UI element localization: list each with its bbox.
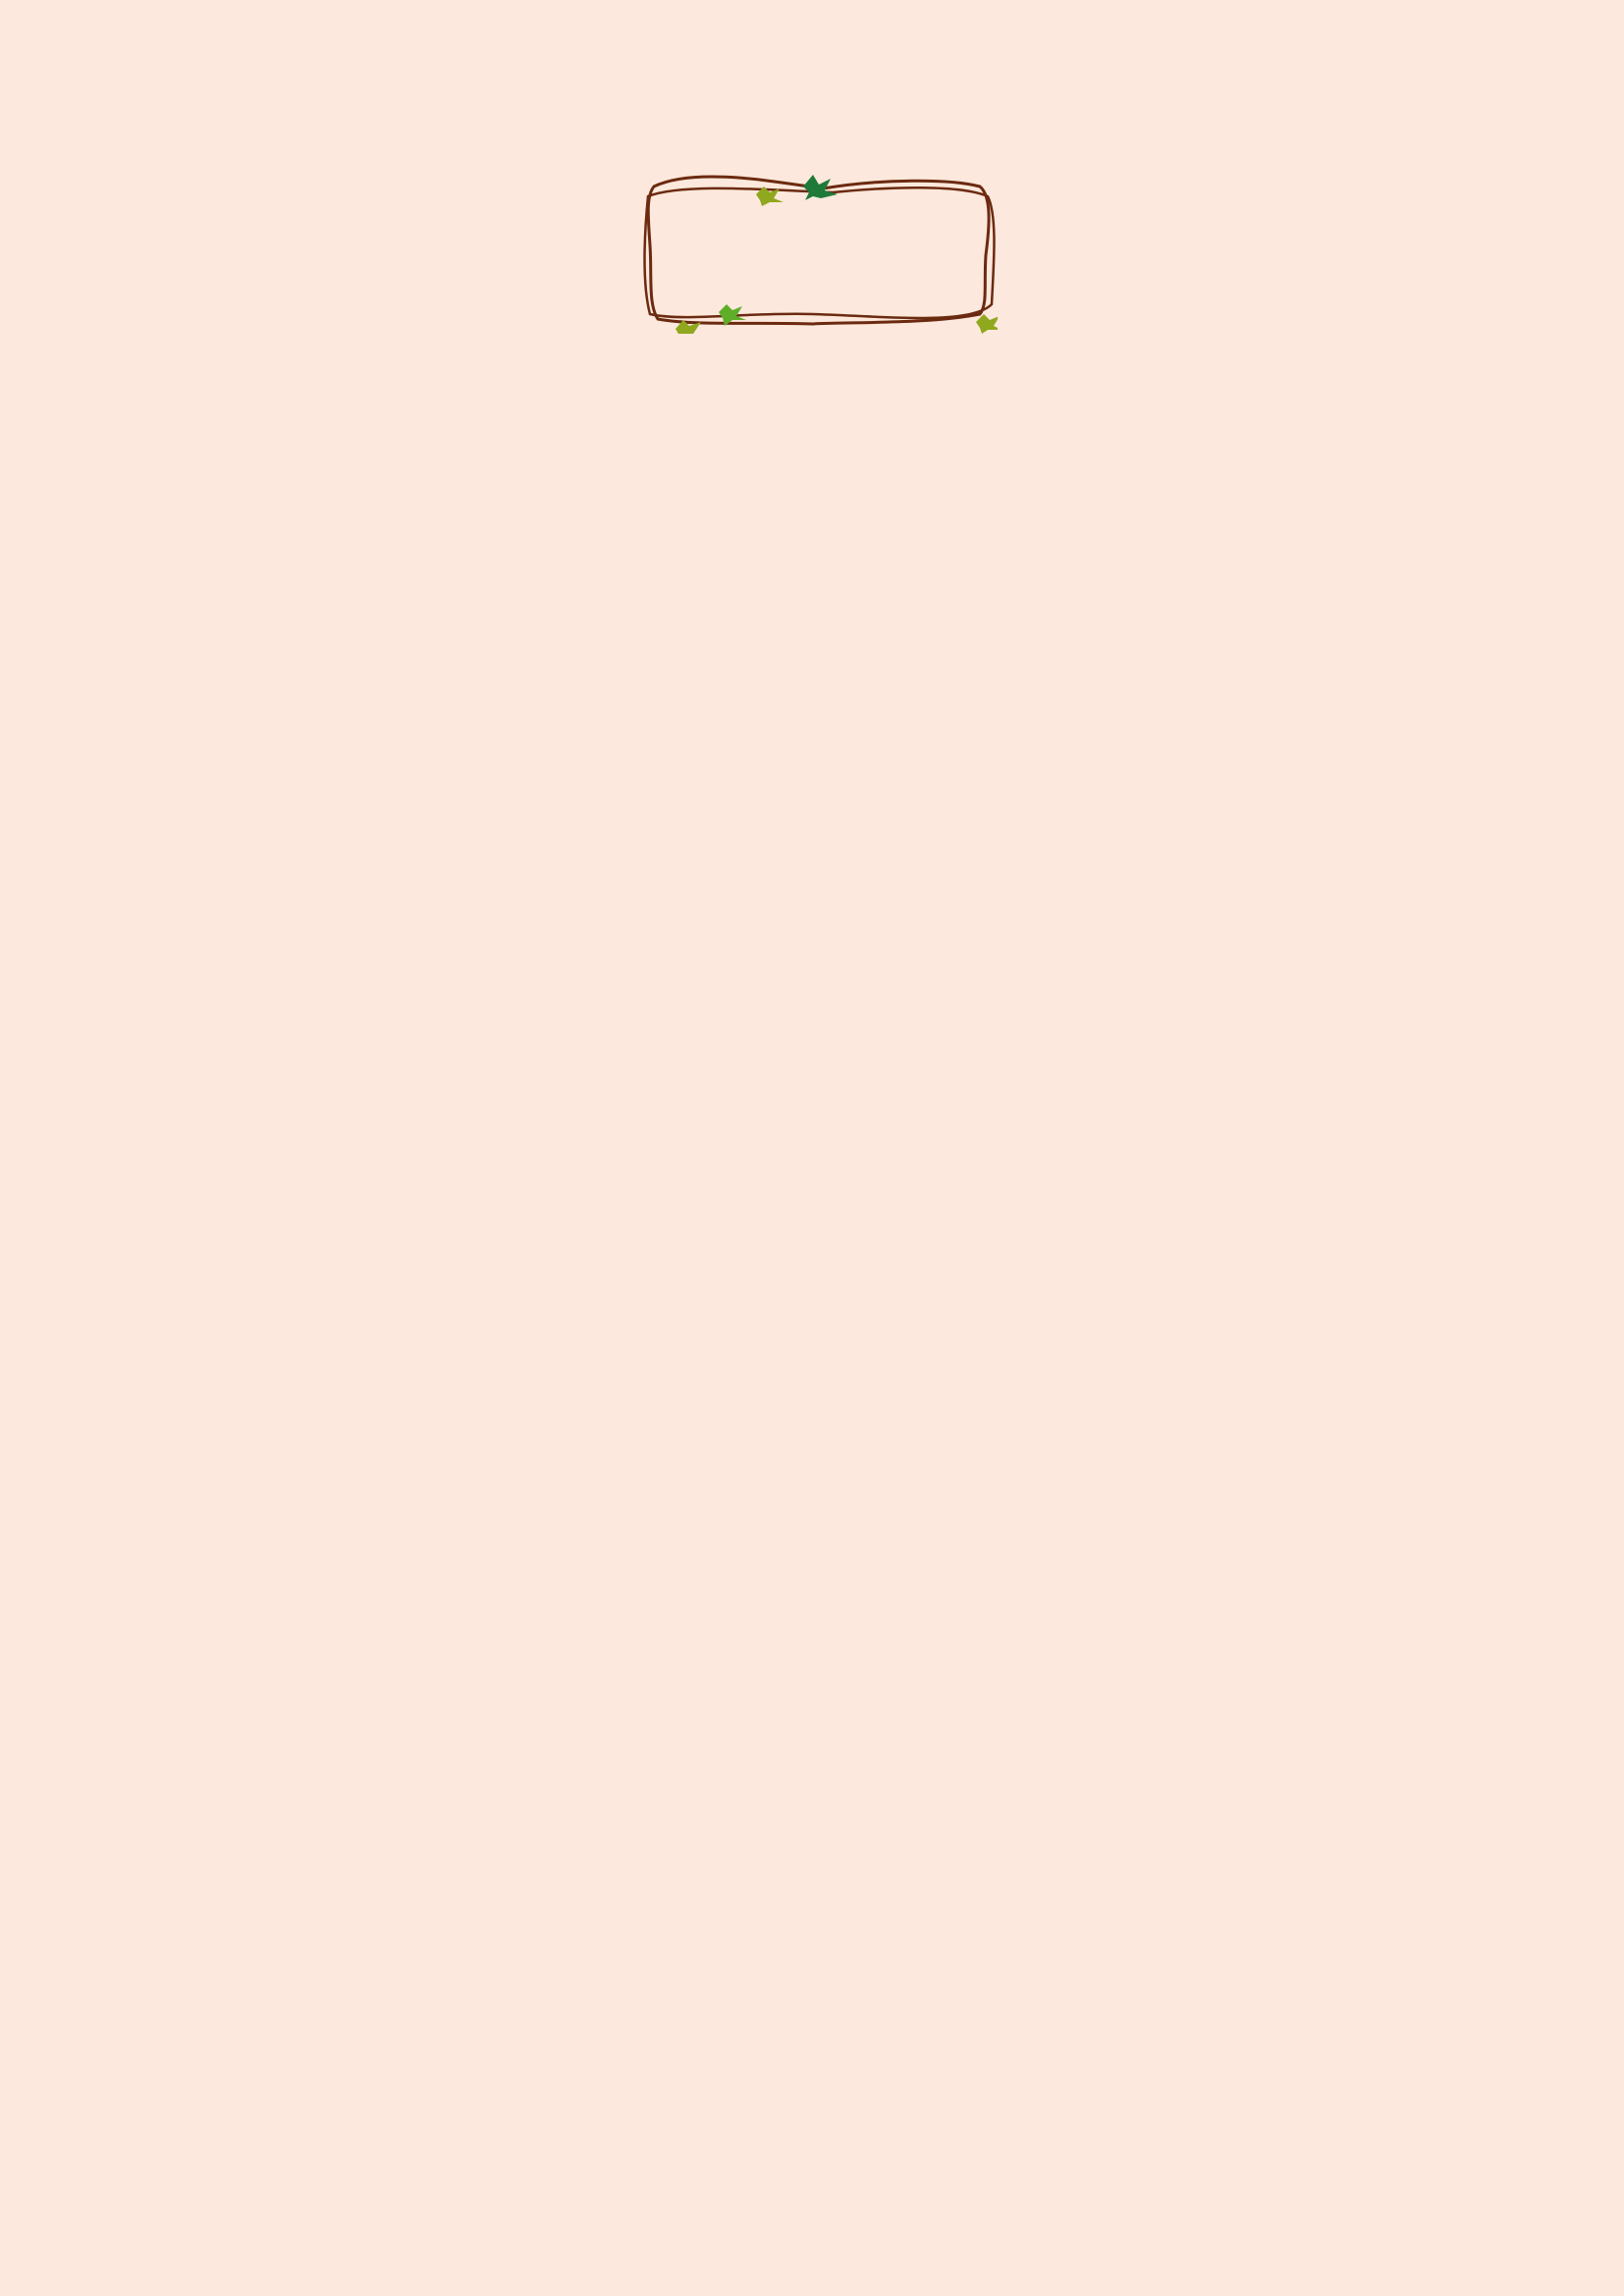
pencil-border (0, 0, 1624, 2296)
banner-title (636, 157, 998, 334)
banner-frame (636, 157, 998, 334)
